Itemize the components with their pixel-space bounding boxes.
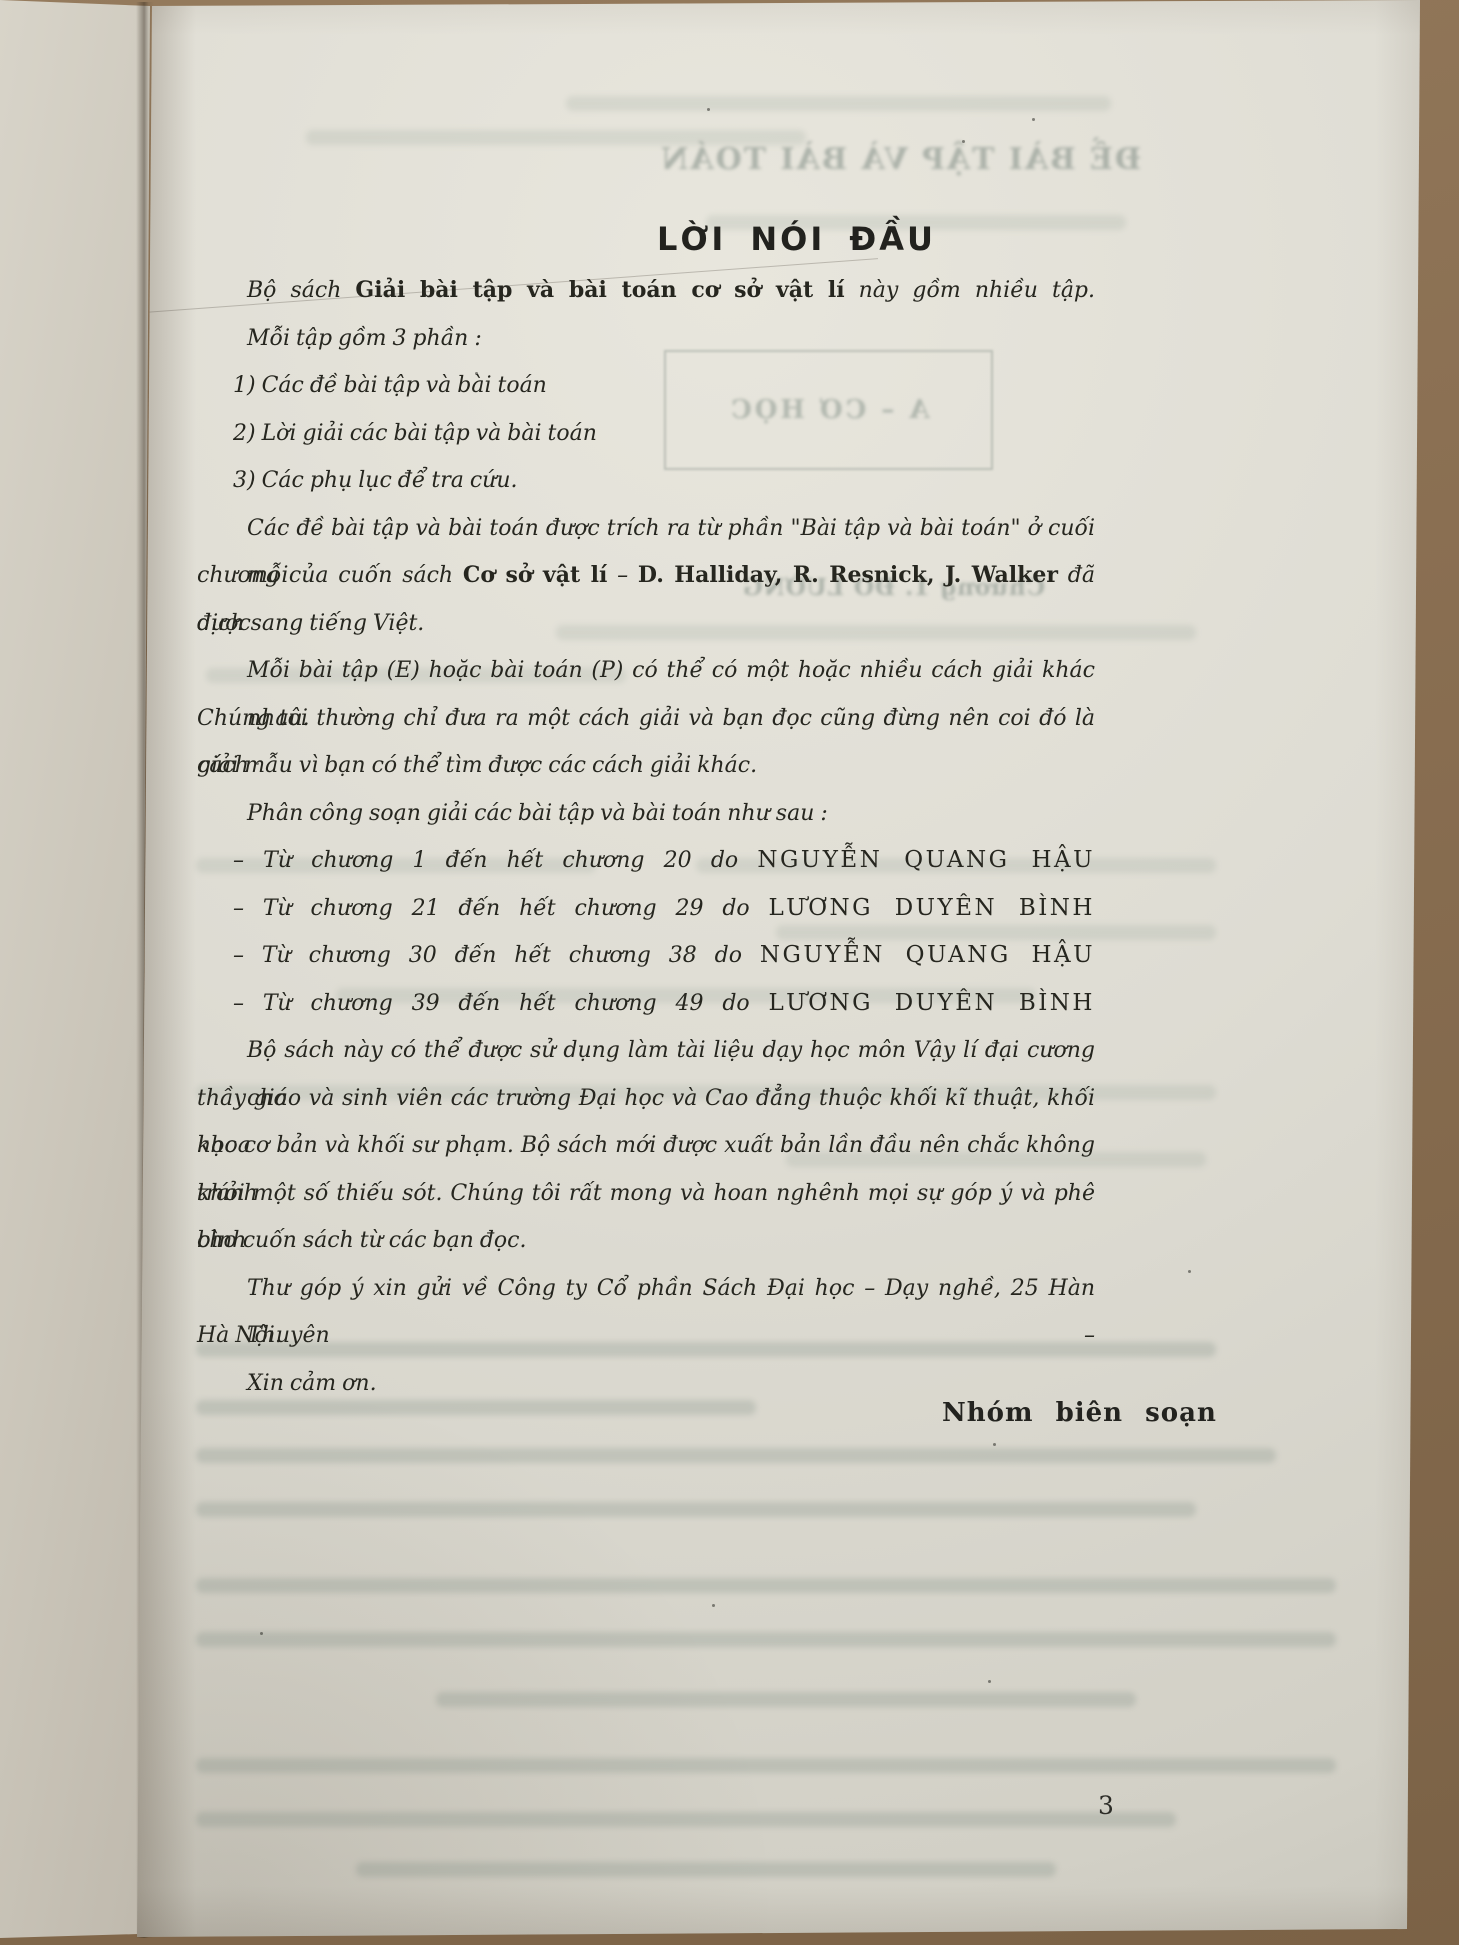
paper-speck (712, 1604, 715, 1607)
text-segment: – Từ chương 21 đến hết chương 29 do (233, 896, 769, 921)
paper-speck (260, 1632, 263, 1635)
text-line: – Từ chương 39 đến hết chương 49 do LƯƠN… (197, 980, 1095, 1028)
text-segment: 2) Lời giải các bài tập và bài toán (233, 421, 597, 446)
text-line: Thư góp ý xin gửi về Công ty Cổ phần Sác… (197, 1265, 1095, 1313)
text-segment: Thư góp ý xin gửi về Công ty Cổ phần Sác… (247, 1276, 1095, 1349)
bleed-through-line (566, 96, 1111, 111)
text-line: cho cuốn sách từ các bạn đọc. (197, 1217, 1095, 1265)
bleed-through-line (196, 1632, 1336, 1647)
signature-line: Nhóm biên soạn (942, 1398, 1217, 1428)
turned-page-edge (0, 0, 150, 1941)
bleed-through-line (356, 1862, 1056, 1877)
text-segment: NGUYỄN QUANG HẬU (760, 942, 1095, 968)
paper-speck (707, 108, 710, 111)
text-line: dịch sang tiếng Việt. (197, 600, 1095, 648)
preface-body: Bộ sách Giải bài tập và bài toán cơ sở v… (197, 267, 1095, 1407)
text-segment: Bộ sách (247, 278, 355, 303)
text-line: học cơ bản và khối sư phạm. Bộ sách mới … (197, 1122, 1095, 1170)
text-segment: cho cuốn sách từ các bạn đọc. (197, 1228, 527, 1253)
text-segment: – Từ chương 1 đến hết chương 20 do (233, 848, 757, 873)
bleed-through-line (196, 1812, 1176, 1827)
text-segment: LƯƠNG DUYÊN BÌNH (769, 895, 1095, 921)
photo-background: ĐỀ BÀI TẬP VÀ BÀI TOÁN A – CƠ HỌC Chương… (0, 0, 1459, 1945)
text-segment: 1) Các đề bài tập và bài toán (233, 373, 547, 398)
text-segment: Hà Nội. (197, 1323, 282, 1348)
text-line: Bộ sách Giải bài tập và bài toán cơ sở v… (197, 267, 1095, 315)
bleed-through-line (196, 1578, 1336, 1593)
text-segment: – Từ chương 39 đến hết chương 49 do (233, 991, 769, 1016)
text-segment: LƯƠNG DUYÊN BÌNH (769, 990, 1095, 1016)
text-line: chương của cuốn sách Cơ sở vật lí – D. H… (197, 552, 1095, 600)
bleed-through-line (196, 1502, 1196, 1517)
text-line: 2) Lời giải các bài tập và bài toán (197, 410, 1095, 458)
bleed-through-line (196, 1758, 1336, 1773)
text-segment: NGUYỄN QUANG HẬU (757, 847, 1095, 873)
paper-speck (1188, 1270, 1191, 1273)
text-segment: chương của cuốn sách (197, 563, 463, 588)
text-line: Phân công soạn giải các bài tập và bài t… (197, 790, 1095, 838)
text-line: khỏi một số thiếu sót. Chúng tôi rất mon… (197, 1170, 1095, 1218)
paper-speck (988, 1680, 991, 1683)
text-line: – Từ chương 30 đến hết chương 38 do NGUY… (197, 932, 1095, 980)
text-line: – Từ chương 21 đến hết chương 29 do LƯƠN… (197, 885, 1095, 933)
text-line: Bộ sách này có thể được sử dụng làm tài … (197, 1027, 1095, 1075)
text-segment: – (607, 563, 638, 588)
bleed-through-line (306, 130, 806, 145)
text-segment: D. Halliday, R. Resnick, J. Walker (638, 562, 1058, 588)
paper-speck (993, 1443, 996, 1446)
bleed-through-line (436, 1692, 1136, 1707)
page-title: LỜI NÓI ĐẦU (657, 220, 936, 258)
text-line: thầy giáo và sinh viên các trường Đại họ… (197, 1075, 1095, 1123)
bleed-through-header: ĐỀ BÀI TẬP VÀ BÀI TOÁN (640, 142, 1160, 177)
text-segment: Giải bài tập và bài toán cơ sở vật lí (355, 277, 844, 303)
paper-speck (1032, 118, 1035, 121)
text-line: giải mẫu vì bạn có thể tìm được các cách… (197, 742, 1095, 790)
text-line: – Từ chương 1 đến hết chương 20 do NGUYỄ… (197, 837, 1095, 885)
text-line: Chúng tôi thường chỉ đưa ra một cách giả… (197, 695, 1095, 743)
bleed-through-line (196, 1448, 1276, 1463)
paper-speck (962, 140, 965, 143)
book-page: ĐỀ BÀI TẬP VÀ BÀI TOÁN A – CƠ HỌC Chương… (136, 0, 1420, 1941)
text-line: 1) Các đề bài tập và bài toán (197, 362, 1095, 410)
text-segment: Mỗi tập gồm 3 phần : (247, 326, 482, 351)
text-line: Mỗi tập gồm 3 phần : (197, 315, 1095, 363)
text-line: Mỗi bài tập (E) hoặc bài toán (P) có thể… (197, 647, 1095, 695)
text-segment: giải mẫu vì bạn có thể tìm được các cách… (197, 753, 757, 778)
text-segment: Cơ sở vật lí (463, 562, 607, 588)
paper-speck (256, 762, 259, 765)
paper-speck (475, 372, 478, 375)
text-segment: dịch sang tiếng Việt. (197, 611, 424, 636)
text-segment: Xin cảm ơn. (247, 1371, 377, 1396)
photo-of-book-page: { "page": { "title": "LỜI NÓI ĐẦU", "sig… (0, 0, 1459, 1945)
text-segment: 3) Các phụ lục để tra cứu. (233, 468, 518, 493)
page-number: 3 (1098, 1791, 1114, 1820)
text-line: Các đề bài tập và bài toán được trích ra… (197, 505, 1095, 553)
text-segment: Phân công soạn giải các bài tập và bài t… (247, 801, 828, 826)
text-segment: này gồm nhiều tập. (845, 278, 1095, 303)
text-segment: – Từ chương 30 đến hết chương 38 do (233, 943, 760, 968)
text-line: 3) Các phụ lục để tra cứu. (197, 457, 1095, 505)
